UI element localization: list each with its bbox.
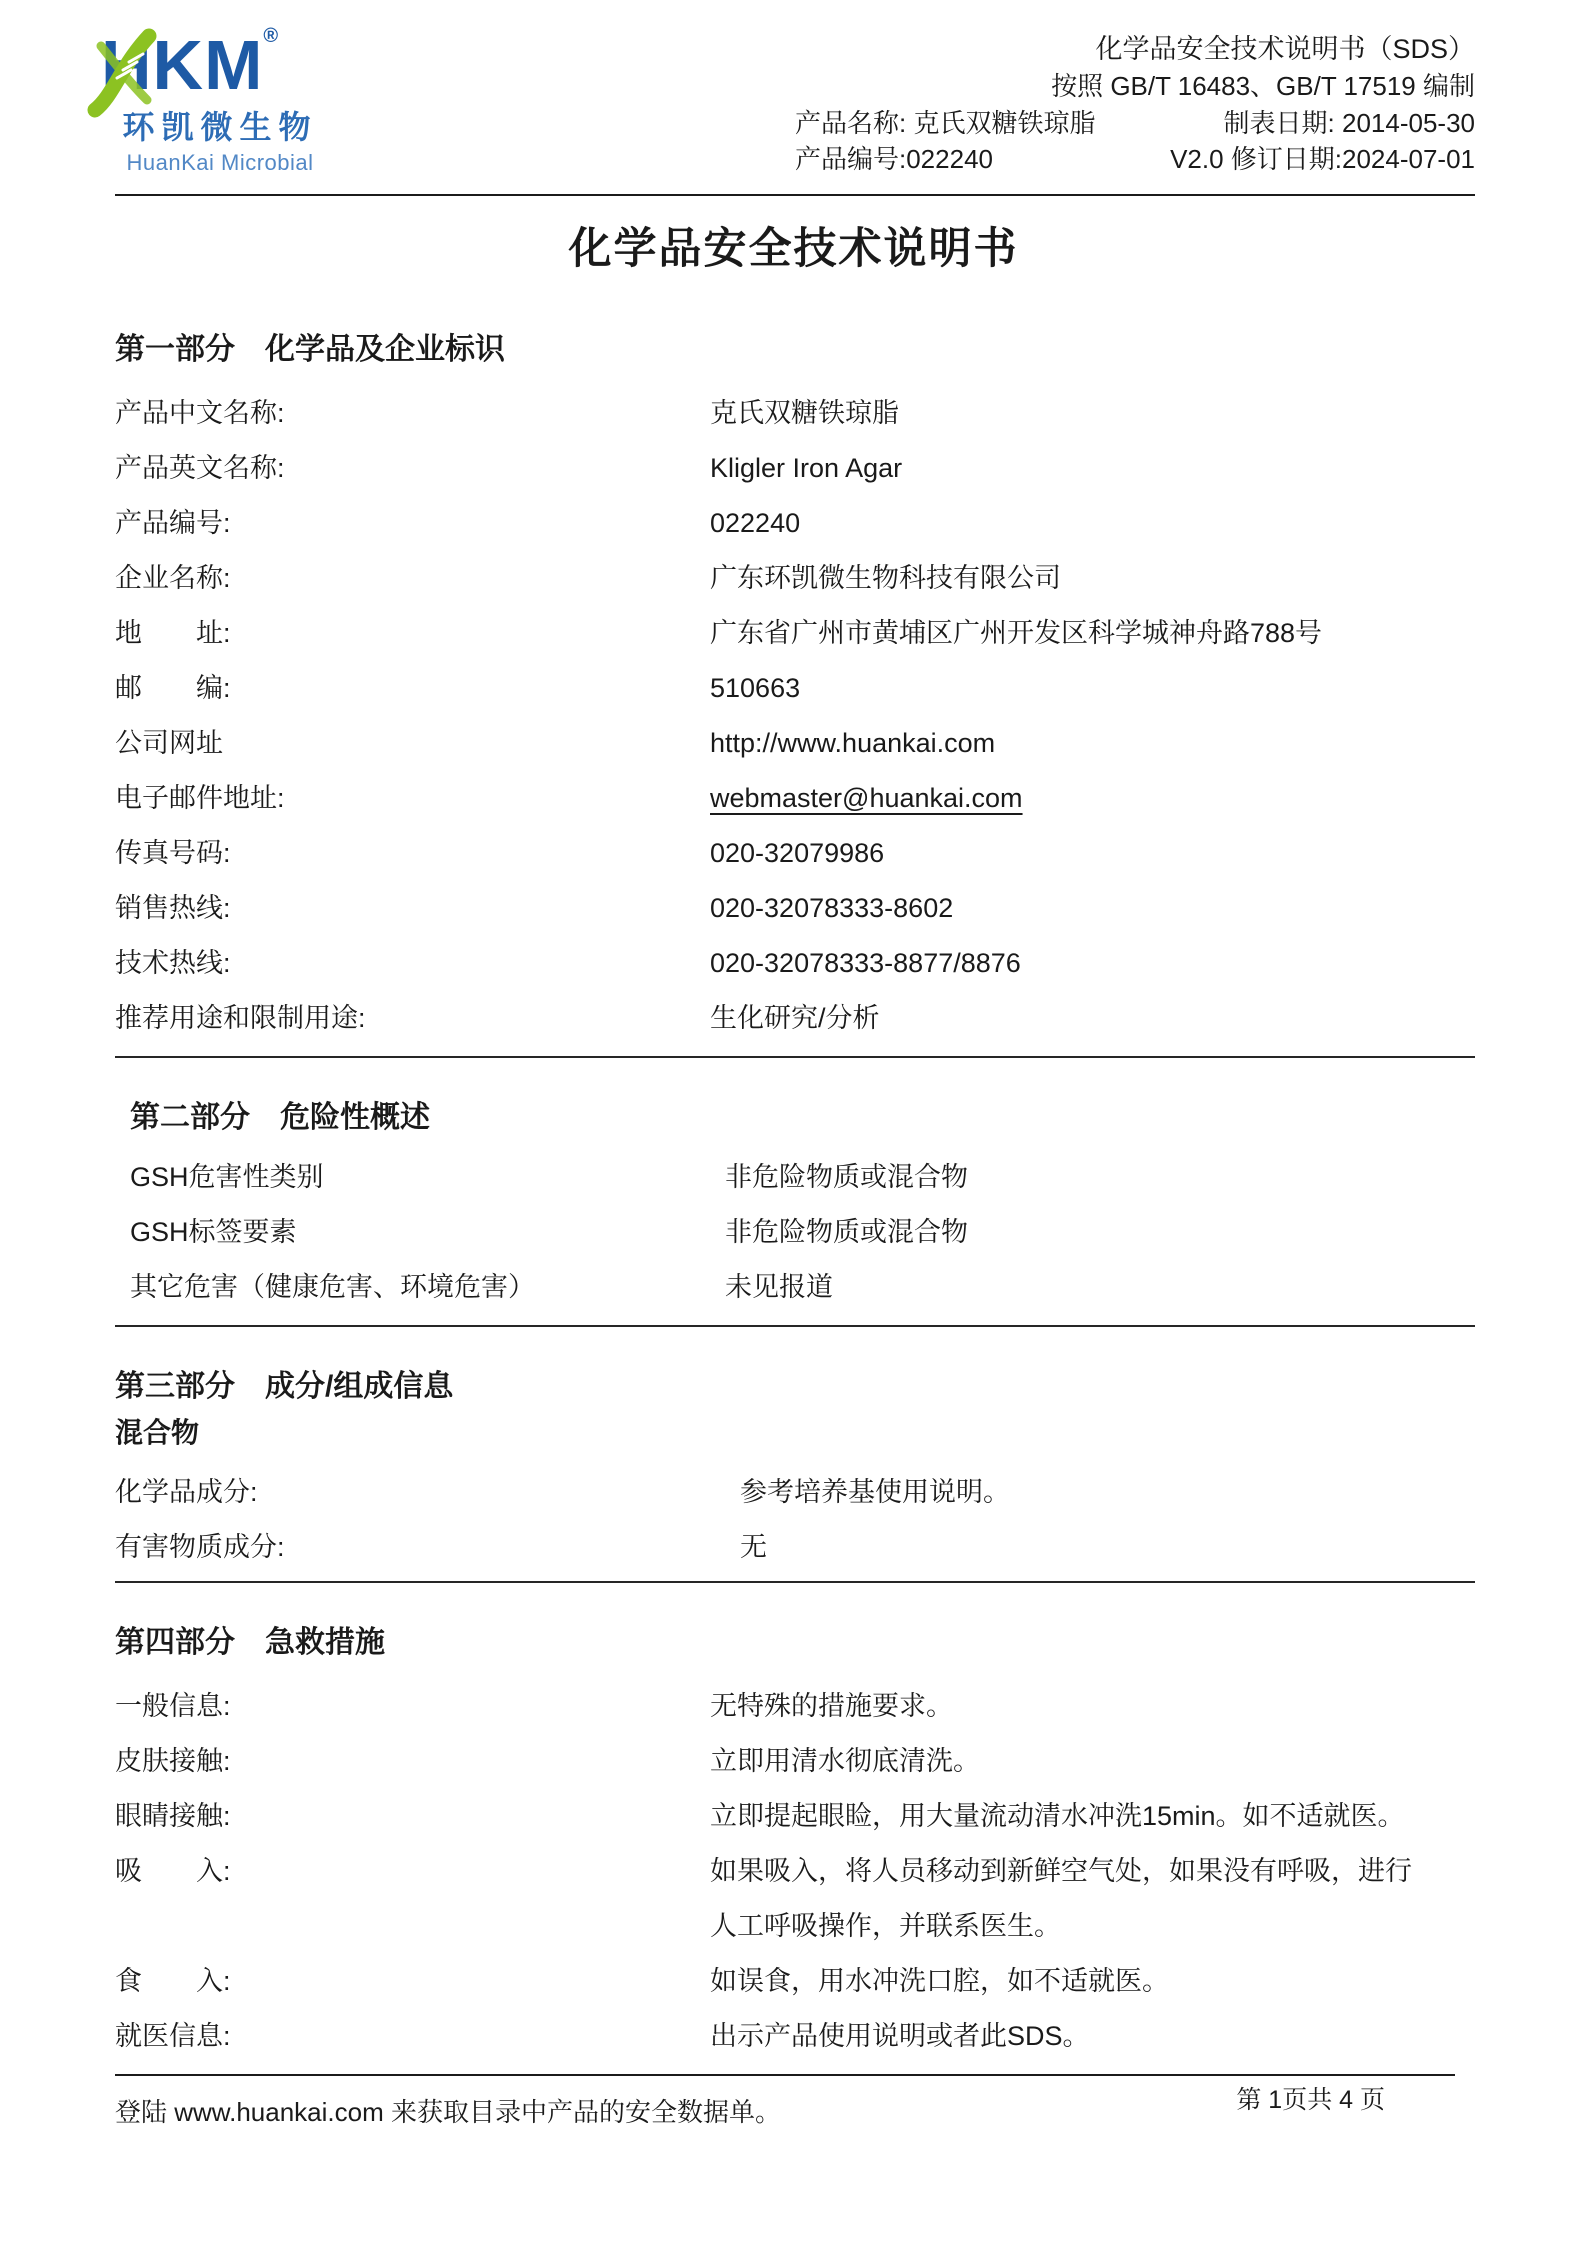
create-date-label: 制表日期: 2014-05-30 [1224,106,1475,140]
doc-type-label: 化学品安全技术说明书（SDS） [795,32,1475,66]
product-name-label: 产品名称: 克氏双糖铁琼脂 [795,106,1095,140]
field-value: 如果吸入，将人员移动到新鲜空气处，如果没有呼吸，进行人工呼吸操作，并联系医生。 [710,1844,1430,1954]
section-4-rows: 一般信息:无特殊的措施要求。 皮肤接触:立即用清水彻底清洗。 眼睛接触:立即提起… [115,1679,1475,2064]
field-label: 地 址: [115,606,710,661]
field-row: 技术热线:020-32078333-8877/8876 [115,936,1475,991]
field-value: 立即用清水彻底清洗。 [710,1734,980,1789]
field-row: 电子邮件地址:webmaster@huankai.com [115,771,1475,826]
header-row-code: 产品编号:022240 V2.0 修订日期:2024-07-01 [795,142,1475,176]
section-4-first-aid: 第四部分 急救措施 一般信息:无特殊的措施要求。 皮肤接触:立即用清水彻底清洗。… [0,1625,1587,2064]
field-value: 广东省广州市黄埔区广州开发区科学城神舟路788号 [710,606,1322,661]
field-value: 020-32078333-8877/8876 [710,936,1021,991]
field-row: 产品编号:022240 [115,496,1475,551]
field-label: GSH危害性类别 [130,1150,725,1205]
revision-date-label: V2.0 修订日期:2024-07-01 [1170,142,1475,176]
section-3-rows: 化学品成分:参考培养基使用说明。 有害物质成分:无 [115,1465,1475,1575]
field-label: 销售热线: [115,881,710,936]
field-label: 产品英文名称: [115,441,710,496]
field-row: 企业名称:广东环凯微生物科技有限公司 [115,551,1475,606]
field-row: 吸 入:如果吸入，将人员移动到新鲜空气处，如果没有呼吸，进行人工呼吸操作，并联系… [115,1844,1475,1954]
logo-wordmark: HKM® [95,30,278,100]
page-number: 第 1页共 4 页 [1236,2080,1385,2116]
section-2-rows: GSH危害性类别非危险物质或混合物 GSH标签要素非危险物质或混合物 其它危害（… [115,1150,1475,1315]
section-3-heading: 第三部分 成分/组成信息 [115,1369,1475,1405]
logo-name-en: HuanKai Microbial [95,150,345,176]
field-value: 出示产品使用说明或者此SDS。 [710,2009,1090,2064]
field-label: 一般信息: [115,1679,710,1734]
field-label: 吸 入: [115,1844,710,1899]
field-value: 未见报道 [725,1260,833,1315]
section-divider [115,1056,1475,1058]
field-value: 非危险物质或混合物 [725,1205,968,1260]
section-1-rows: 产品中文名称:克氏双糖铁琼脂 产品英文名称:Kligler Iron Agar … [115,386,1475,1046]
field-row: 皮肤接触:立即用清水彻底清洗。 [115,1734,1475,1789]
field-value: 022240 [710,496,800,551]
field-row: 销售热线:020-32078333-8602 [115,881,1475,936]
section-1-heading: 第一部分 化学品及企业标识 [115,332,1475,368]
section-divider [115,1581,1475,1583]
field-row: 邮 编:510663 [115,661,1475,716]
sds-document-page: HKM® 环凯微生物 HuanKai Microbial 化学品安全技术说明书（… [0,0,1587,2245]
header-divider [115,194,1475,196]
field-label: 产品中文名称: [115,386,710,441]
field-row: 一般信息:无特殊的措施要求。 [115,1679,1475,1734]
field-label: 电子邮件地址: [115,771,710,826]
field-row: 传真号码:020-32079986 [115,826,1475,881]
field-value: 510663 [710,661,800,716]
email-link[interactable]: webmaster@huankai.com [710,771,1023,826]
field-value: 广东环凯微生物科技有限公司 [710,551,1061,606]
field-label: 就医信息: [115,2009,710,2064]
field-label: 产品编号: [115,496,710,551]
field-row: 产品英文名称:Kligler Iron Agar [115,441,1475,496]
field-label: 公司网址 [115,716,710,771]
field-row: 公司网址http://www.huankai.com [115,716,1475,771]
section-4-heading: 第四部分 急救措施 [115,1625,1475,1661]
field-label: 邮 编: [115,661,710,716]
section-1-identification: 第一部分 化学品及企业标识 产品中文名称:克氏双糖铁琼脂 产品英文名称:Klig… [0,332,1587,1058]
field-label: GSH标签要素 [130,1205,725,1260]
field-row: 食 入:如误食，用水冲洗口腔，如不适就医。 [115,1954,1475,2009]
field-row: 地 址:广东省广州市黄埔区广州开发区科学城神舟路788号 [115,606,1475,661]
field-label: 企业名称: [115,551,710,606]
field-label: 其它危害（健康危害、环境危害） [130,1260,725,1315]
field-label: 化学品成分: [115,1465,740,1520]
header-row-product: 产品名称: 克氏双糖铁琼脂 制表日期: 2014-05-30 [795,106,1475,140]
footer-note: 登陆 www.huankai.com 来获取目录中产品的安全数据单。 [115,2092,781,2129]
field-value: 参考培养基使用说明。 [740,1465,1010,1520]
field-label: 皮肤接触: [115,1734,710,1789]
field-row: 产品中文名称:克氏双糖铁琼脂 [115,386,1475,441]
field-value: 如误食，用水冲洗口腔，如不适就医。 [710,1954,1169,2009]
registered-mark-icon: ® [263,25,278,47]
field-label: 技术热线: [115,936,710,991]
field-value: 无特殊的措施要求。 [710,1679,953,1734]
dna-swoosh-icon [87,26,171,118]
company-logo: HKM® 环凯微生物 HuanKai Microbial [95,30,345,178]
field-row: 有害物质成分:无 [115,1520,1475,1575]
field-value: 020-32078333-8602 [710,881,953,936]
field-row: 眼睛接触:立即提起眼睑，用大量流动清水冲洗15min。如不适就医。 [115,1789,1475,1844]
mixture-subheading: 混合物 [115,1415,1475,1451]
field-label: 眼睛接触: [115,1789,710,1844]
header-info: 化学品安全技术说明书（SDS） 按照 GB/T 16483、GB/T 17519… [795,30,1475,178]
field-value: 克氏双糖铁琼脂 [710,386,899,441]
field-row: GSH标签要素非危险物质或混合物 [130,1205,1475,1260]
section-2-heading: 第二部分 危险性概述 [115,1100,1475,1136]
field-row: GSH危害性类别非危险物质或混合物 [130,1150,1475,1205]
field-value: 立即提起眼睑，用大量流动清水冲洗15min。如不适就医。 [710,1789,1405,1844]
field-label: 有害物质成分: [115,1520,740,1575]
field-value: 无 [740,1520,767,1575]
document-header: HKM® 环凯微生物 HuanKai Microbial 化学品安全技术说明书（… [0,0,1587,178]
field-label: 传真号码: [115,826,710,881]
page-title: 化学品安全技术说明书 [0,222,1587,278]
field-row: 化学品成分:参考培养基使用说明。 [115,1465,1475,1520]
website-url: http://www.huankai.com [710,716,995,771]
field-row: 就医信息:出示产品使用说明或者此SDS。 [115,2009,1475,2064]
field-row: 其它危害（健康危害、环境危害）未见报道 [130,1260,1475,1315]
field-value: 生化研究/分析 [710,991,880,1046]
section-2-hazards: 第二部分 危险性概述 GSH危害性类别非危险物质或混合物 GSH标签要素非危险物… [0,1100,1587,1327]
field-value: 020-32079986 [710,826,884,881]
page-footer: 登陆 www.huankai.com 来获取目录中产品的安全数据单。 第 1页共… [0,2076,1587,2129]
product-code-label: 产品编号:022240 [795,142,993,176]
field-value: Kligler Iron Agar [710,441,902,496]
section-divider [115,1325,1475,1327]
section-3-composition: 第三部分 成分/组成信息 混合物 化学品成分:参考培养基使用说明。 有害物质成分… [0,1369,1587,1583]
field-value: 非危险物质或混合物 [725,1150,968,1205]
field-row: 推荐用途和限制用途:生化研究/分析 [115,991,1475,1046]
field-label: 推荐用途和限制用途: [115,991,710,1046]
field-label: 食 入: [115,1954,710,2009]
standard-note: 按照 GB/T 16483、GB/T 17519 编制 [795,69,1475,103]
